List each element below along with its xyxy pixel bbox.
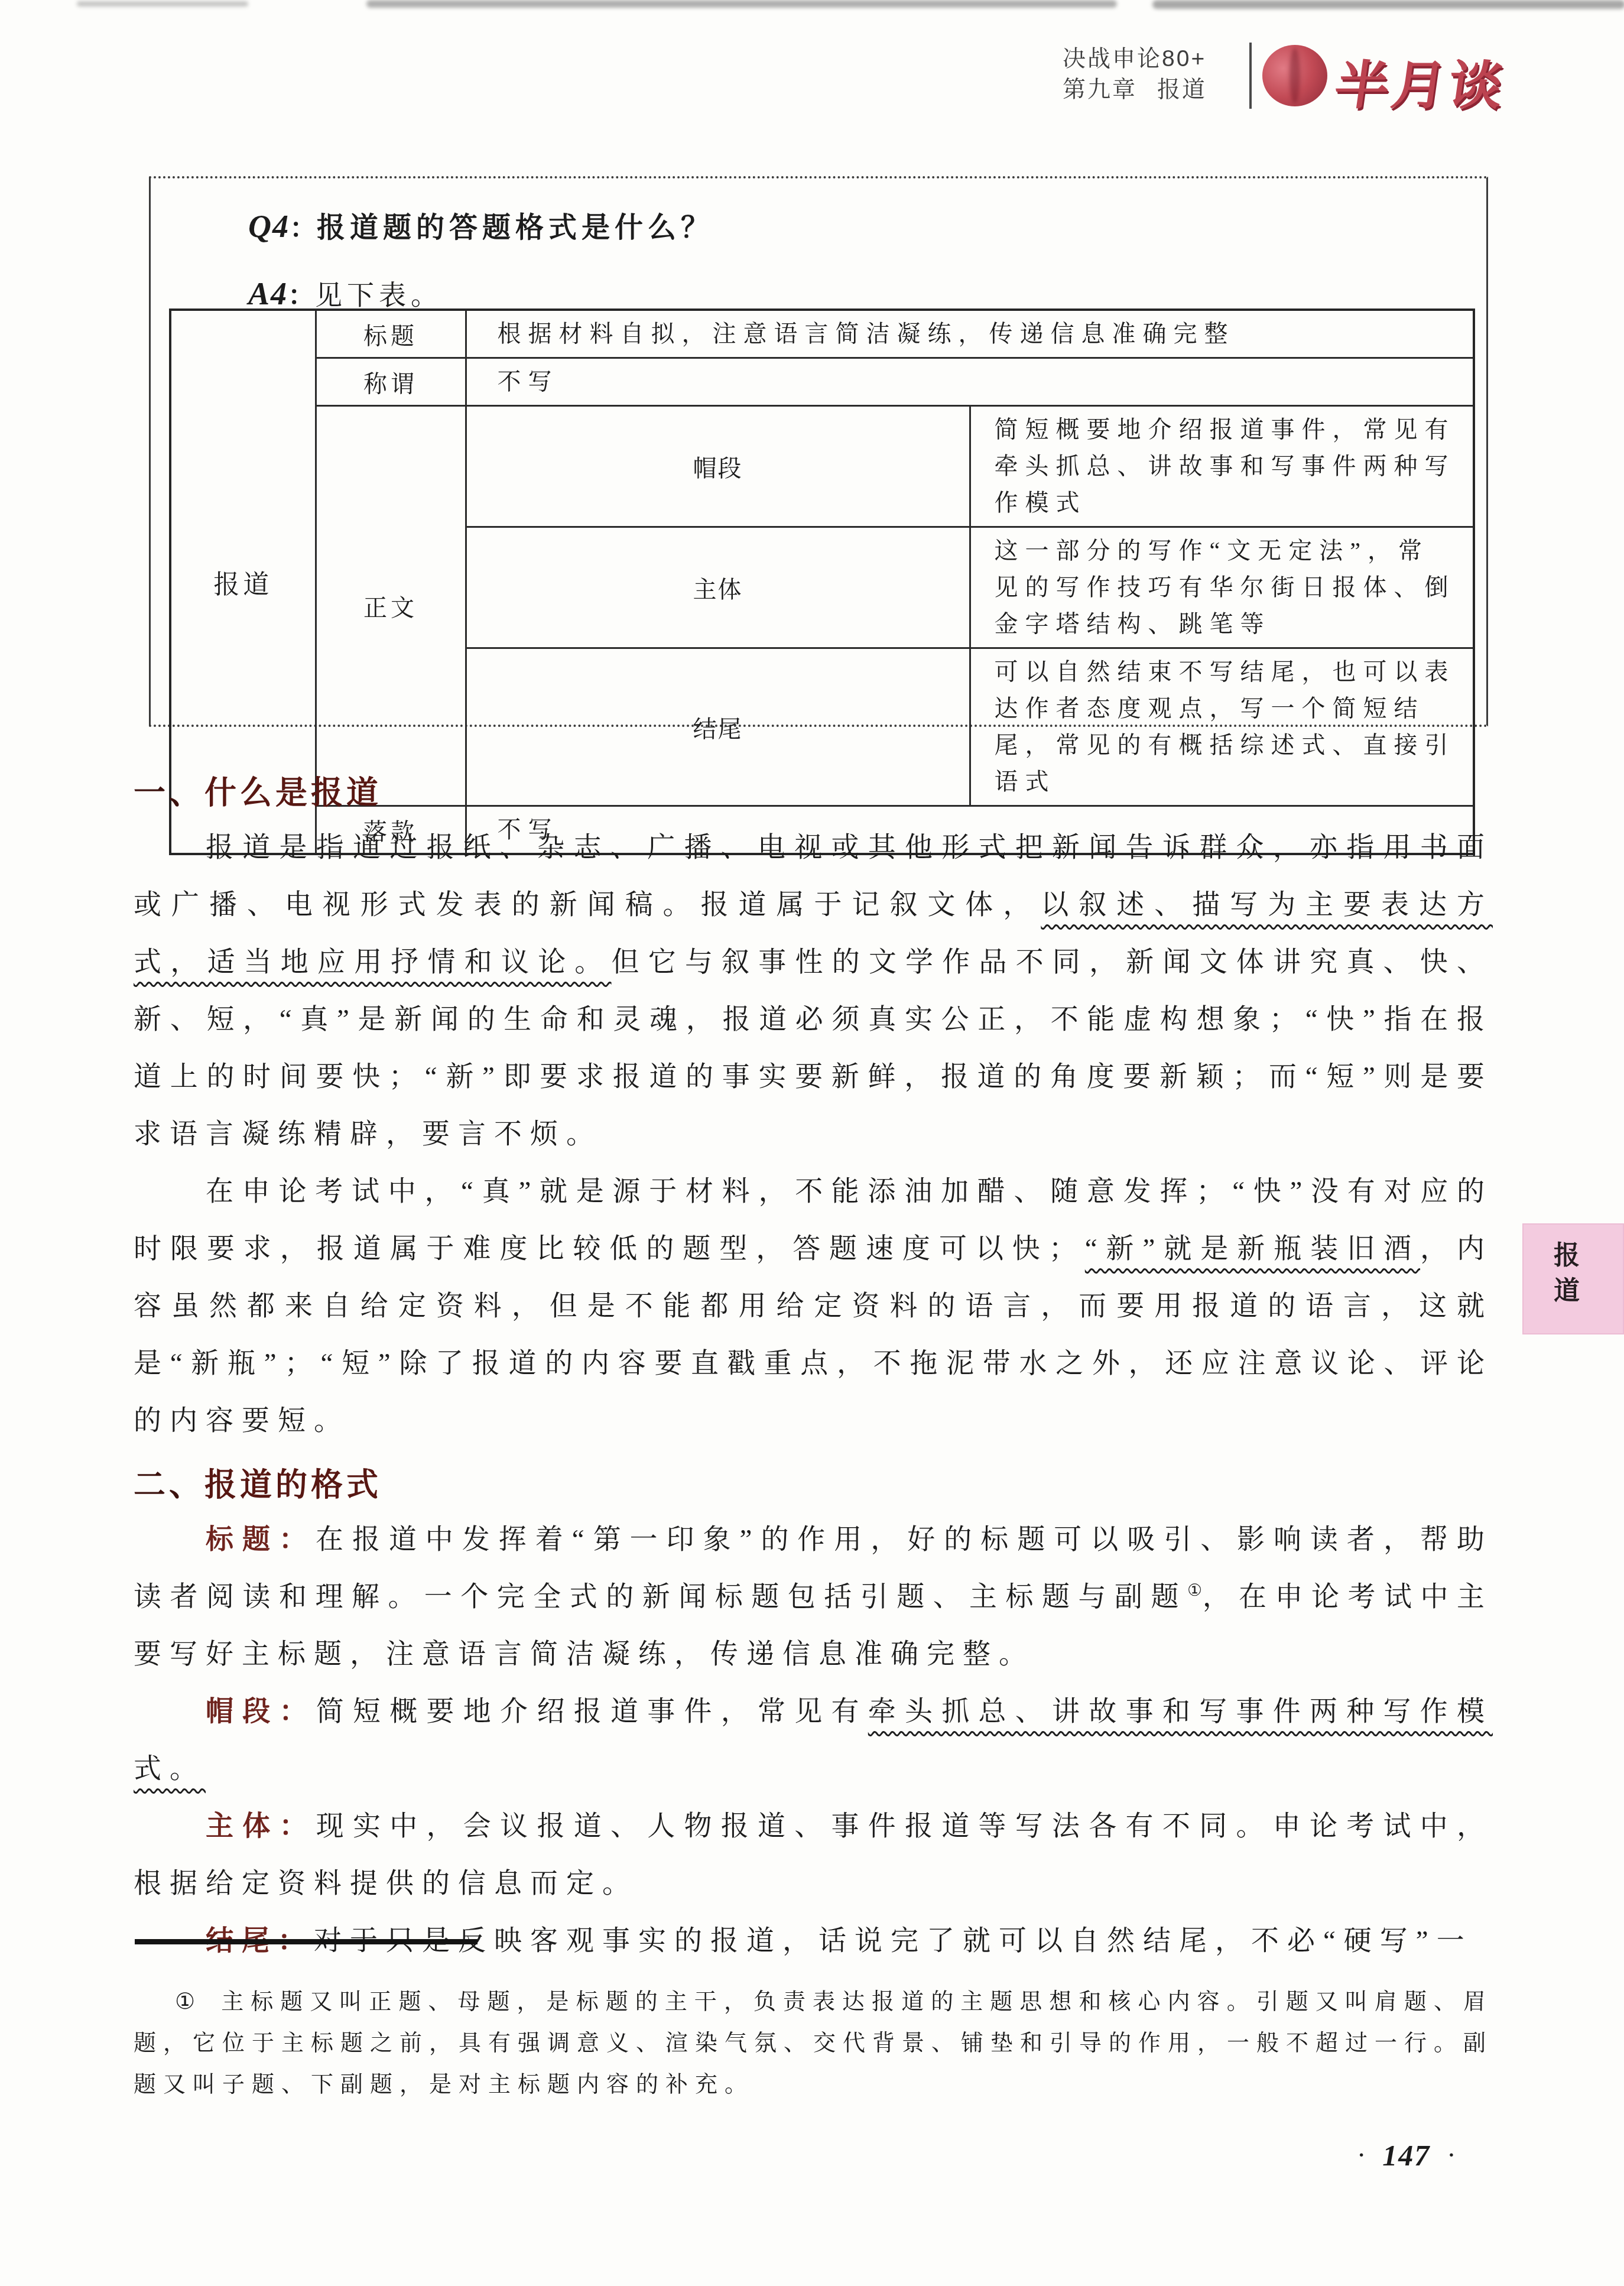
lead-label: 帽段：: [206, 1696, 316, 1727]
chapter-info: 第九章报道: [1063, 74, 1258, 105]
lead-label: 主体：: [206, 1811, 316, 1842]
book-page: 决战申论80+ 第九章报道 半月谈 Q4：报道题的答题格式是什么？ A4：见下表…: [0, 0, 1624, 2286]
footnote-marker: ①: [175, 1989, 202, 2014]
logo-ball-icon: [1262, 45, 1327, 106]
section-heading-number: 二、: [134, 1467, 204, 1503]
banyuetan-logo: 半月谈: [1262, 38, 1502, 115]
paragraph-maoduan: 帽段：简短概要地介绍报道事件，常见有牵头抓总、讲故事和写事件两种写作模式。: [134, 1683, 1493, 1798]
paragraph: 报道是指通过报纸、杂志、广播、电视或其他形式把新闻告诉群众，亦指用书面或广播、电…: [134, 819, 1493, 1163]
scan-streak: [1152, 0, 1624, 9]
footnote-ref: ①: [1187, 1582, 1203, 1600]
row-content-zhuti: 这一部分的写作“文无定法”，常见的写作技巧有华尔街日报体、倒金字塔结构、跳笔等: [970, 527, 1474, 648]
row-content-maoduan: 简短概要地介绍报道事件，常见有牵头抓总、讲故事和写事件两种写作模式: [970, 406, 1474, 527]
question-text: 报道题的答题格式是什么？: [317, 212, 714, 243]
qa-box: Q4：报道题的答题格式是什么？ A4：见下表。 报道 标题 根据材料自拟，注意语…: [149, 176, 1488, 727]
lead-label: 标题：: [206, 1524, 316, 1555]
row-label-zhengwen: 正文: [316, 406, 466, 806]
chapter-label: 第九章: [1063, 77, 1137, 102]
answer-line: A4：见下表。: [248, 274, 1486, 313]
footnote-text: 主标题又叫正题、母题，是标题的主干，负责表达报道的主题思想和核心内容。引题又叫肩…: [134, 1989, 1493, 2097]
paragraph-title: 标题：在报道中发挥着“第一印象”的作用，好的标题可以吸引、影响读者，帮助读者阅读…: [134, 1511, 1493, 1683]
paragraph: 在申论考试中，“真”就是源于材料，不能添油加醋、随意发挥；“快”没有对应的时限要…: [134, 1163, 1493, 1450]
section-heading-title: 报道的格式: [204, 1467, 382, 1503]
row-content-title: 根据材料自拟，注意语言简洁凝练，传递信息准确完整: [466, 310, 1474, 358]
paragraph-zhuti: 主体：现实中，会议报道、人物报道、事件报道等写法各有不同。申论考试中，根据给定资…: [134, 1798, 1493, 1912]
page-header: 决战申论80+ 第九章报道: [1063, 44, 1258, 105]
chapter-title: 报道: [1157, 77, 1207, 102]
row-label-chengwei: 称谓: [316, 358, 466, 406]
section-heading-number: 一、: [134, 775, 204, 811]
question-line: Q4：报道题的答题格式是什么？: [248, 204, 1486, 245]
answer-text: 见下表。: [315, 280, 443, 310]
side-tab: 报道: [1522, 1223, 1624, 1334]
page-number-value: 147: [1382, 2138, 1430, 2173]
book-title: 决战申论80+: [1063, 44, 1258, 74]
page-number: · 147 ·: [1358, 2135, 1524, 2176]
row-label-zhuti: 主体: [466, 527, 970, 648]
wavy-underline-text: “新”就是新瓶装旧酒: [1085, 1233, 1420, 1264]
scan-streak: [366, 0, 1117, 8]
footnote-divider: [135, 1939, 478, 1944]
logo-text: 半月谈: [1330, 44, 1511, 119]
footnote: ①主标题又叫正题、母题，是标题的主干，负责表达报道的主题思想和核心内容。引题又叫…: [134, 1981, 1493, 2105]
row-label-title: 标题: [316, 310, 466, 358]
question-label: Q4: [248, 209, 290, 244]
row-label-maoduan: 帽段: [466, 406, 970, 527]
header-divider: [1249, 43, 1252, 109]
section-2-heading: 二、报道的格式: [134, 1459, 1493, 1511]
answer-label: A4: [248, 276, 288, 311]
row-content-chengwei: 不写: [466, 358, 1474, 406]
scan-streak: [77, 1, 248, 7]
main-content: 一、什么是报道 报道是指通过报纸、杂志、广播、电视或其他形式把新闻告诉群众，亦指…: [134, 758, 1493, 1970]
side-tab-label: 报道: [1545, 1241, 1583, 1312]
section-1-heading: 一、什么是报道: [134, 767, 1493, 819]
section-heading-title: 什么是报道: [204, 775, 382, 811]
